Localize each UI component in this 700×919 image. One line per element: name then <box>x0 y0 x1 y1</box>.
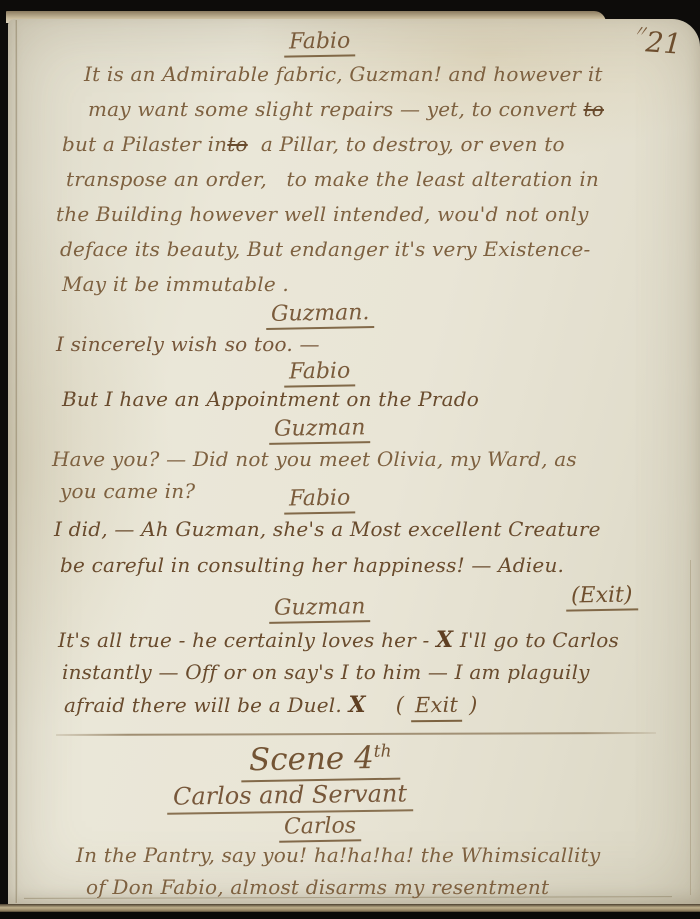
ordinal-suffix: th <box>373 741 391 761</box>
speaker-heading-guzman-1: Guzman. <box>0 301 640 329</box>
speaker-heading-guzman-3: Guzman <box>0 595 640 623</box>
ink-x-mark: X <box>436 627 453 653</box>
scene-characters-heading: Carlos and Servant <box>0 781 580 813</box>
speaker-heading-fabio-2: Fabio <box>0 359 640 387</box>
speaker-heading-fabio-3: Fabio <box>0 486 640 514</box>
dialogue-line: I sincerely wish so too. — <box>56 332 320 356</box>
scene-heading: Scene 4th <box>0 741 640 781</box>
dialogue-line: but a Pilaster into a Pillar, to destroy… <box>62 132 565 156</box>
speaker-heading-guzman-2: Guzman <box>0 416 640 444</box>
dialogue-line: In the Pantry, say you! ha!ha!ha! the Wh… <box>76 843 600 867</box>
dialogue-line: instantly — Off or on say's I to him — I… <box>62 660 590 684</box>
dialogue-line: Have you? — Did not you meet Olivia, my … <box>52 447 577 471</box>
strikethrough-word: to <box>583 97 603 121</box>
dialogue-line: of Don Fabio, almost disarms my resentme… <box>86 875 549 899</box>
dialogue-line: deface its beauty, But endanger it's ver… <box>60 237 591 261</box>
dialogue-line: may want some slight repairs — yet, to c… <box>88 97 604 121</box>
photo-bottom-border <box>0 912 700 919</box>
ink-x-mark: X <box>348 692 365 718</box>
dialogue-line: It's all true - he certainly loves her -… <box>58 627 619 653</box>
speaker-heading-fabio-1: Fabio <box>0 29 640 57</box>
dialogue-line: I did, — Ah Guzman, she's a Most excelle… <box>54 517 601 541</box>
dialogue-line: afraid there will be a Duel. X( Exit ) <box>64 692 477 722</box>
manuscript-photo: 〃21 Fabio It is an Admirable fabric, Guz… <box>0 0 700 919</box>
dialogue-line: the Building however well intended, wou'… <box>56 202 589 226</box>
right-sheet-edge <box>690 560 691 895</box>
dialogue-line: It is an Admirable fabric, Guzman! and h… <box>84 62 603 86</box>
strikethrough-word: to <box>227 132 247 156</box>
dialogue-line: transpose an order, to make the least al… <box>66 167 599 191</box>
speaker-heading-carlos: Carlos <box>0 814 640 842</box>
dialogue-line: But I have an Appointment on the Prado <box>62 387 479 411</box>
dialogue-line: be careful in consulting her happiness! … <box>60 553 564 577</box>
stage-direction-exit-2: ( Exit ) <box>396 693 478 717</box>
dialogue-line: May it be immutable . <box>62 272 289 296</box>
